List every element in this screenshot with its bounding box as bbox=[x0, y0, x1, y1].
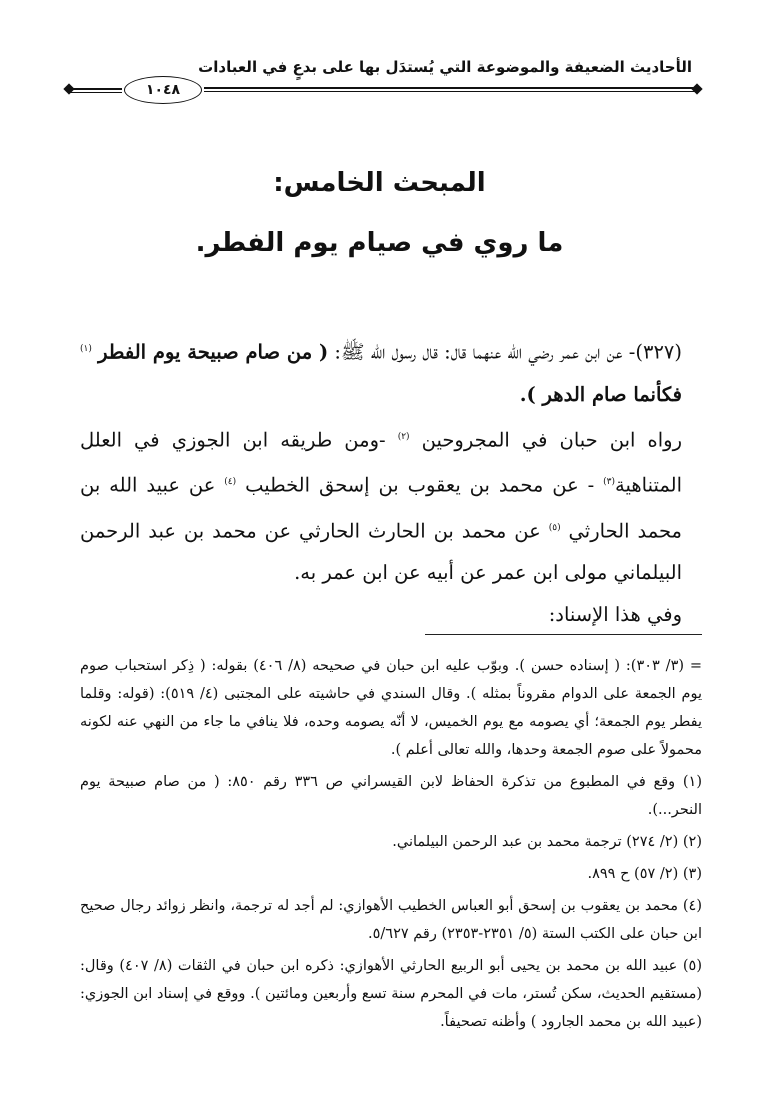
isnad-label: وفي هذا الإسناد: bbox=[80, 594, 700, 636]
footnote-3: (٣) (٢/ ٥٧) ح ٨٩٩. bbox=[80, 860, 702, 888]
footnote-ref-5[interactable]: (٥) bbox=[549, 523, 561, 533]
footnote-4: (٤) محمد بن يعقوب بن إسحق أبو العباس الخ… bbox=[80, 892, 702, 948]
footnote-separator bbox=[425, 634, 702, 635]
page-number: ١٠٤٨ bbox=[124, 76, 202, 104]
running-header: الأحاديث الضعيفة والموضوعة التي يُستدَل … bbox=[62, 58, 702, 108]
section-subtitle: ما روي في صيام يوم الفطر. bbox=[0, 228, 759, 258]
hadith-paragraph: (٣٢٧)- عن ابن عمر رضي الله عنهما قال: قا… bbox=[80, 328, 700, 416]
header-rule-right bbox=[204, 87, 696, 92]
footnote-2: (٢) (٢/ ٢٧٤) ترجمة محمد بن عبد الرحمن ال… bbox=[80, 828, 702, 856]
running-title: الأحاديث الضعيفة والموضوعة التي يُستدَل … bbox=[198, 58, 692, 76]
footnote-continued: = (٣/ ٣٠٣): ( إسناده حسن ). وبوّب عليه ا… bbox=[80, 652, 702, 764]
footnote-ref-3[interactable]: (٣) bbox=[603, 477, 615, 487]
hadith-text-a: ( من صام صبيحة يوم الفطر bbox=[98, 341, 328, 364]
section-title: المبحث الخامس: bbox=[0, 168, 759, 198]
main-text: (٣٢٧)- عن ابن عمر رضي الله عنهما قال: قا… bbox=[80, 328, 700, 636]
footnotes: = (٣/ ٣٠٣): ( إسناده حسن ). وبوّب عليه ا… bbox=[80, 652, 702, 1040]
takhrij-c: - عن محمد بن يعقوب بن إسحق الخطيب bbox=[245, 474, 594, 497]
hadith-number: (٣٢٧)- bbox=[629, 341, 682, 364]
footnote-ref-2[interactable]: (٢) bbox=[398, 432, 410, 442]
footnote-ref-4[interactable]: (٤) bbox=[224, 477, 236, 487]
footnote-1: (١) وقع في المطبوع من تذكرة الحفاظ لابن … bbox=[80, 768, 702, 824]
footnote-5: (٥) عبيد الله بن محمد بن يحيى أبو الربيع… bbox=[80, 952, 702, 1036]
takhrij-a: رواه ابن حبان في المجروحين bbox=[422, 428, 682, 451]
footnote-ref-1[interactable]: (١) bbox=[80, 344, 92, 354]
header-rule-left bbox=[70, 88, 122, 93]
hadith-text-b: فكأنما صام الدهر ). bbox=[520, 383, 682, 406]
takhrij-paragraph: رواه ابن حبان في المجروحين (٢) -ومن طريق… bbox=[80, 416, 700, 595]
hadith-intro: عن ابن عمر رضي الله عنهما قال: قال رسول … bbox=[334, 341, 622, 364]
